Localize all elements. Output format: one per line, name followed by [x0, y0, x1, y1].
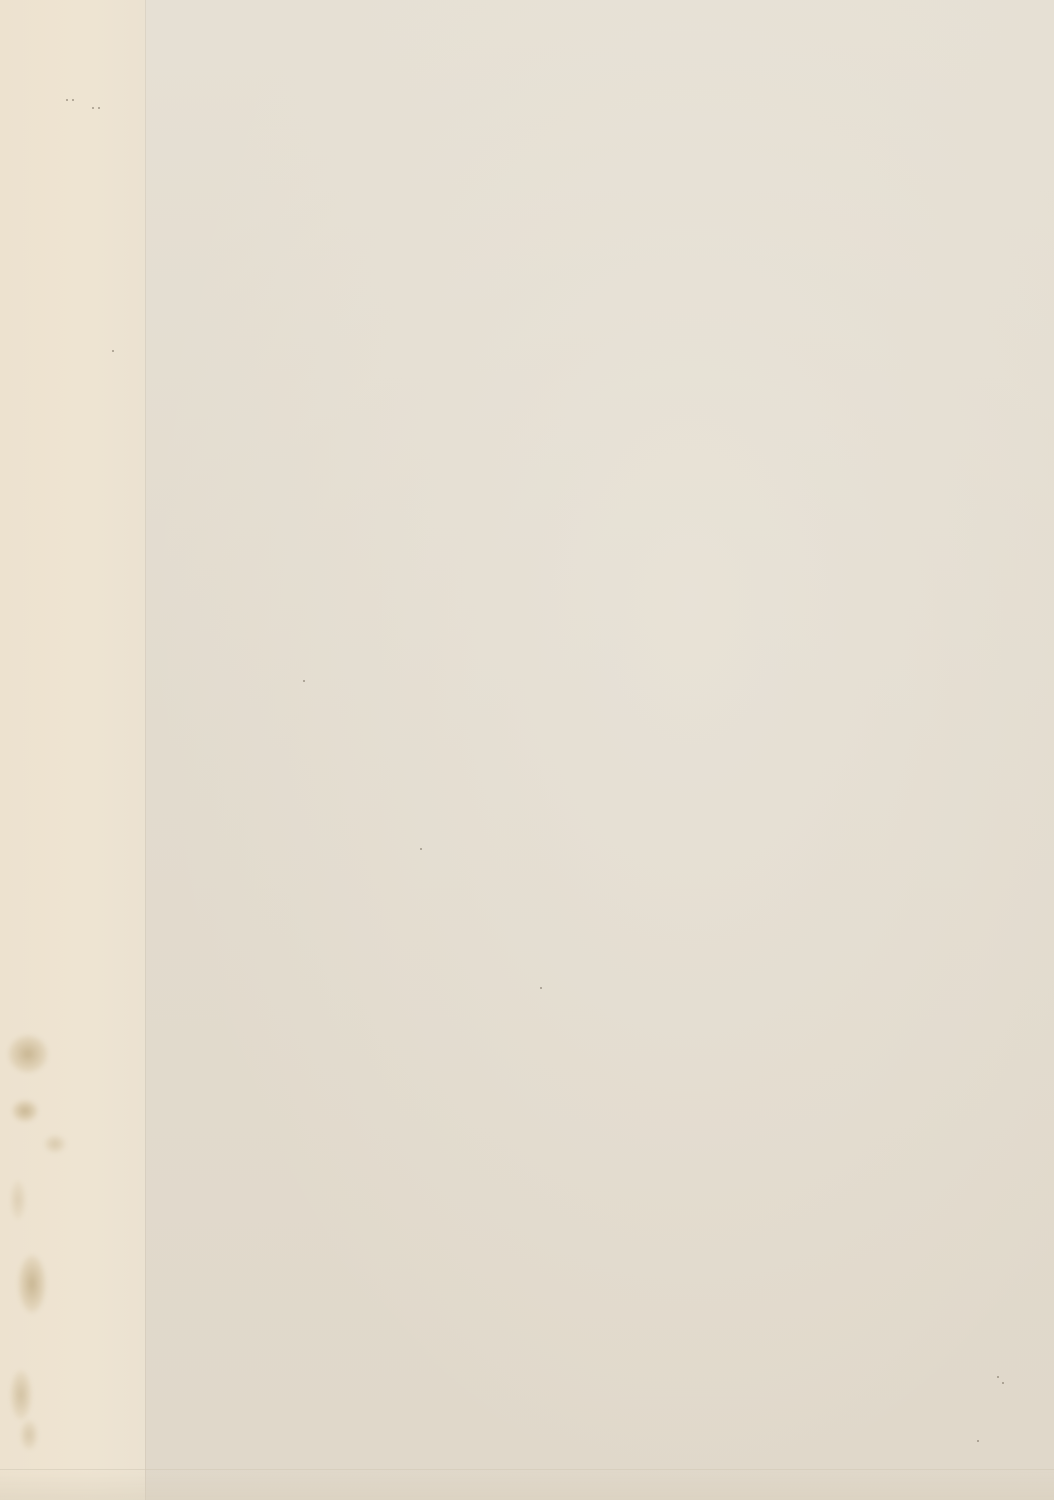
scanned-page	[0, 0, 1054, 1500]
speck	[997, 1376, 999, 1378]
speck	[420, 848, 422, 850]
foxing-stain	[10, 1370, 32, 1420]
main-paper-area	[145, 0, 1054, 1500]
speck	[72, 99, 74, 101]
speck	[1002, 1382, 1004, 1384]
speck	[98, 107, 100, 109]
foxing-stain	[20, 1420, 38, 1450]
speck	[540, 987, 542, 989]
foxing-stain	[12, 1100, 38, 1122]
speck	[112, 350, 114, 352]
page-bottom-edge	[0, 1469, 1054, 1500]
speck	[303, 680, 305, 682]
foxing-stain	[8, 1035, 48, 1073]
foxing-stain	[18, 1255, 46, 1313]
speck	[66, 99, 68, 101]
foxing-stain	[44, 1135, 66, 1153]
speck	[977, 1440, 979, 1442]
foxing-stain	[10, 1180, 26, 1220]
speck	[92, 107, 94, 109]
